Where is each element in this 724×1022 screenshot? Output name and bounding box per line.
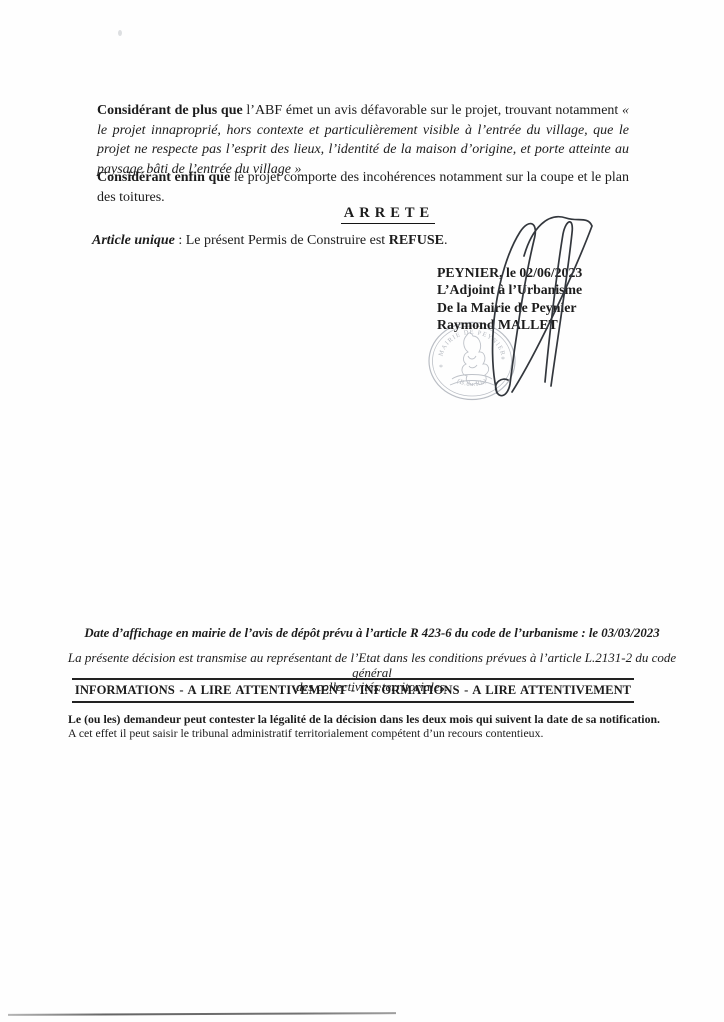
article-unique-label: Article unique	[92, 233, 175, 248]
scanned-document-page: Considérant de plus que l’ABF émet un av…	[0, 0, 724, 1022]
scan-artifact-line	[8, 1012, 396, 1016]
contest-bold-part: Le (ou les) demandeur peut contester la …	[68, 712, 660, 726]
contest-rights-paragraph: Le (ou les) demandeur peut contester la …	[68, 712, 660, 741]
affichage-date-line: Date d’affichage en mairie de l’avis de …	[62, 626, 682, 641]
transmission-line-1: La présente décision est transmise au re…	[60, 651, 684, 680]
considerant-plus-lead: Considérant de plus que	[97, 103, 246, 118]
considerant-enfin-lead: Considérant enfin que	[97, 170, 234, 185]
considerant-plus-body: l’ABF émet un avis défavorable sur le pr…	[246, 103, 622, 118]
signature-stroke	[493, 224, 536, 396]
handwritten-signature	[420, 186, 620, 421]
signature-stroke	[512, 217, 592, 392]
informations-banner: INFORMATIONS - A LIRE ATTENTIVEMENT - IN…	[72, 678, 634, 703]
article-unique-middle: : Le présent Permis de Construire est	[175, 233, 389, 248]
scan-speck	[118, 30, 122, 36]
contest-regular-part: A cet effet il peut saisir le tribunal a…	[68, 726, 543, 740]
